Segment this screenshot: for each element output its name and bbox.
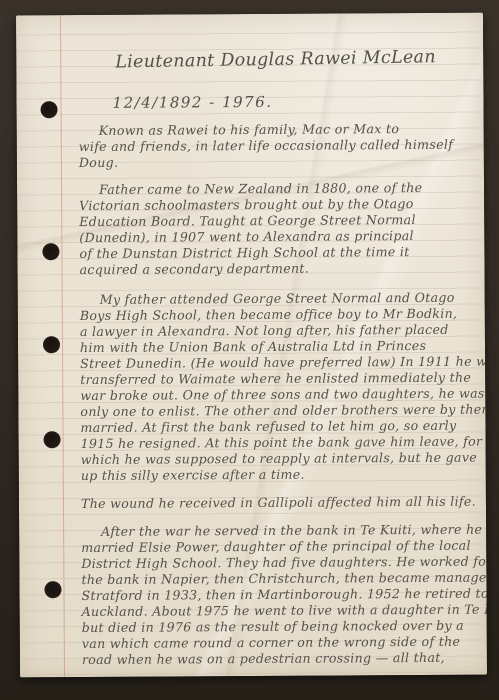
paragraph-after-the-war: After the war he served in the bank in T… [81,522,479,668]
handwritten-page: Lieutenant Douglas Rawei McLean 12/4/189… [16,13,487,678]
handwritten-line: wife and friends, in later life occasion… [79,137,476,155]
handwritten-line: The wound he received in Gallipoli affec… [81,494,478,512]
paragraph-father-background: Father came to New Zealand in 1880, one … [79,180,477,278]
document-title: Lieutenant Douglas Rawei McLean [115,47,436,72]
punch-hole [44,431,61,448]
handwritten-line: Father came to New Zealand in 1880, one … [79,180,476,198]
handwritten-line: Doug. [79,153,476,171]
photo-background: Lieutenant Douglas Rawei McLean 12/4/189… [0,0,499,700]
punch-hole [43,336,60,353]
punch-hole [44,581,61,598]
handwritten-line: acquired a secondary department. [79,260,476,278]
handwritten-line: which he was supposed to reapply at inte… [81,450,478,468]
paragraph-known-as: Known as Rawei to his family, Mac or Max… [79,121,476,171]
punch-hole [41,101,58,118]
margin-rule-line [60,15,65,677]
paragraph-gallipoli-wound: The wound he received in Gallipoli affec… [81,494,478,512]
paragraph-education-bank-enlistment: My father attended George Street Normal … [80,290,478,484]
handwritten-line: up this silly exercise after a time. [81,466,478,484]
handwritten-line: road when he was on a pedestrian crossin… [82,650,479,668]
document-date-range: 12/4/1892 - 1976. [112,93,272,112]
punch-hole [42,243,59,260]
